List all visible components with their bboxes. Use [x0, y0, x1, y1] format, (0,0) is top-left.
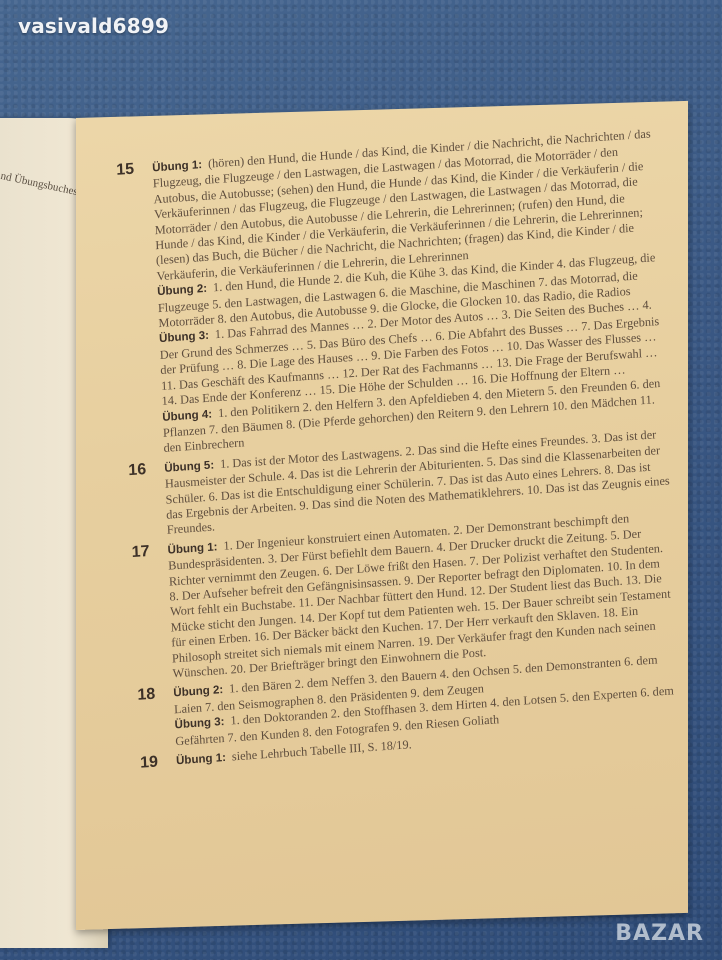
section-number: 18: [137, 687, 155, 704]
section-number: 15: [116, 162, 134, 179]
section-number: 19: [140, 755, 158, 772]
exercise-label: Übung 3:: [174, 716, 224, 731]
exercise-label: Übung 2:: [157, 283, 207, 298]
exercise-label: Übung 4:: [162, 408, 212, 423]
exercise-label: Übung 1:: [152, 159, 202, 174]
exercise-label: Übung 3:: [159, 330, 209, 345]
seller-username: vasivald6899: [18, 14, 169, 38]
bazar-watermark-logo: BAZAR: [615, 921, 704, 946]
right-book-page: 15 Übung 1:(hören) den Hund, die Hunde /…: [76, 101, 688, 930]
exercise-label: Übung 2:: [173, 684, 223, 699]
exercise-label: Übung 5:: [164, 459, 214, 474]
section-number: 16: [128, 462, 146, 479]
exercise-text: 1. Der Ingenieur konstruiert einen Autom…: [168, 511, 671, 680]
answer-key-content: 15 Übung 1:(hören) den Hund, die Hunde /…: [116, 126, 680, 776]
exercise-label: Übung 1:: [167, 541, 217, 556]
exercise-label: Übung 1:: [176, 752, 226, 767]
section-number: 17: [131, 544, 149, 561]
section-15: 15 Übung 1:(hören) den Hund, die Hunde /…: [116, 126, 667, 459]
